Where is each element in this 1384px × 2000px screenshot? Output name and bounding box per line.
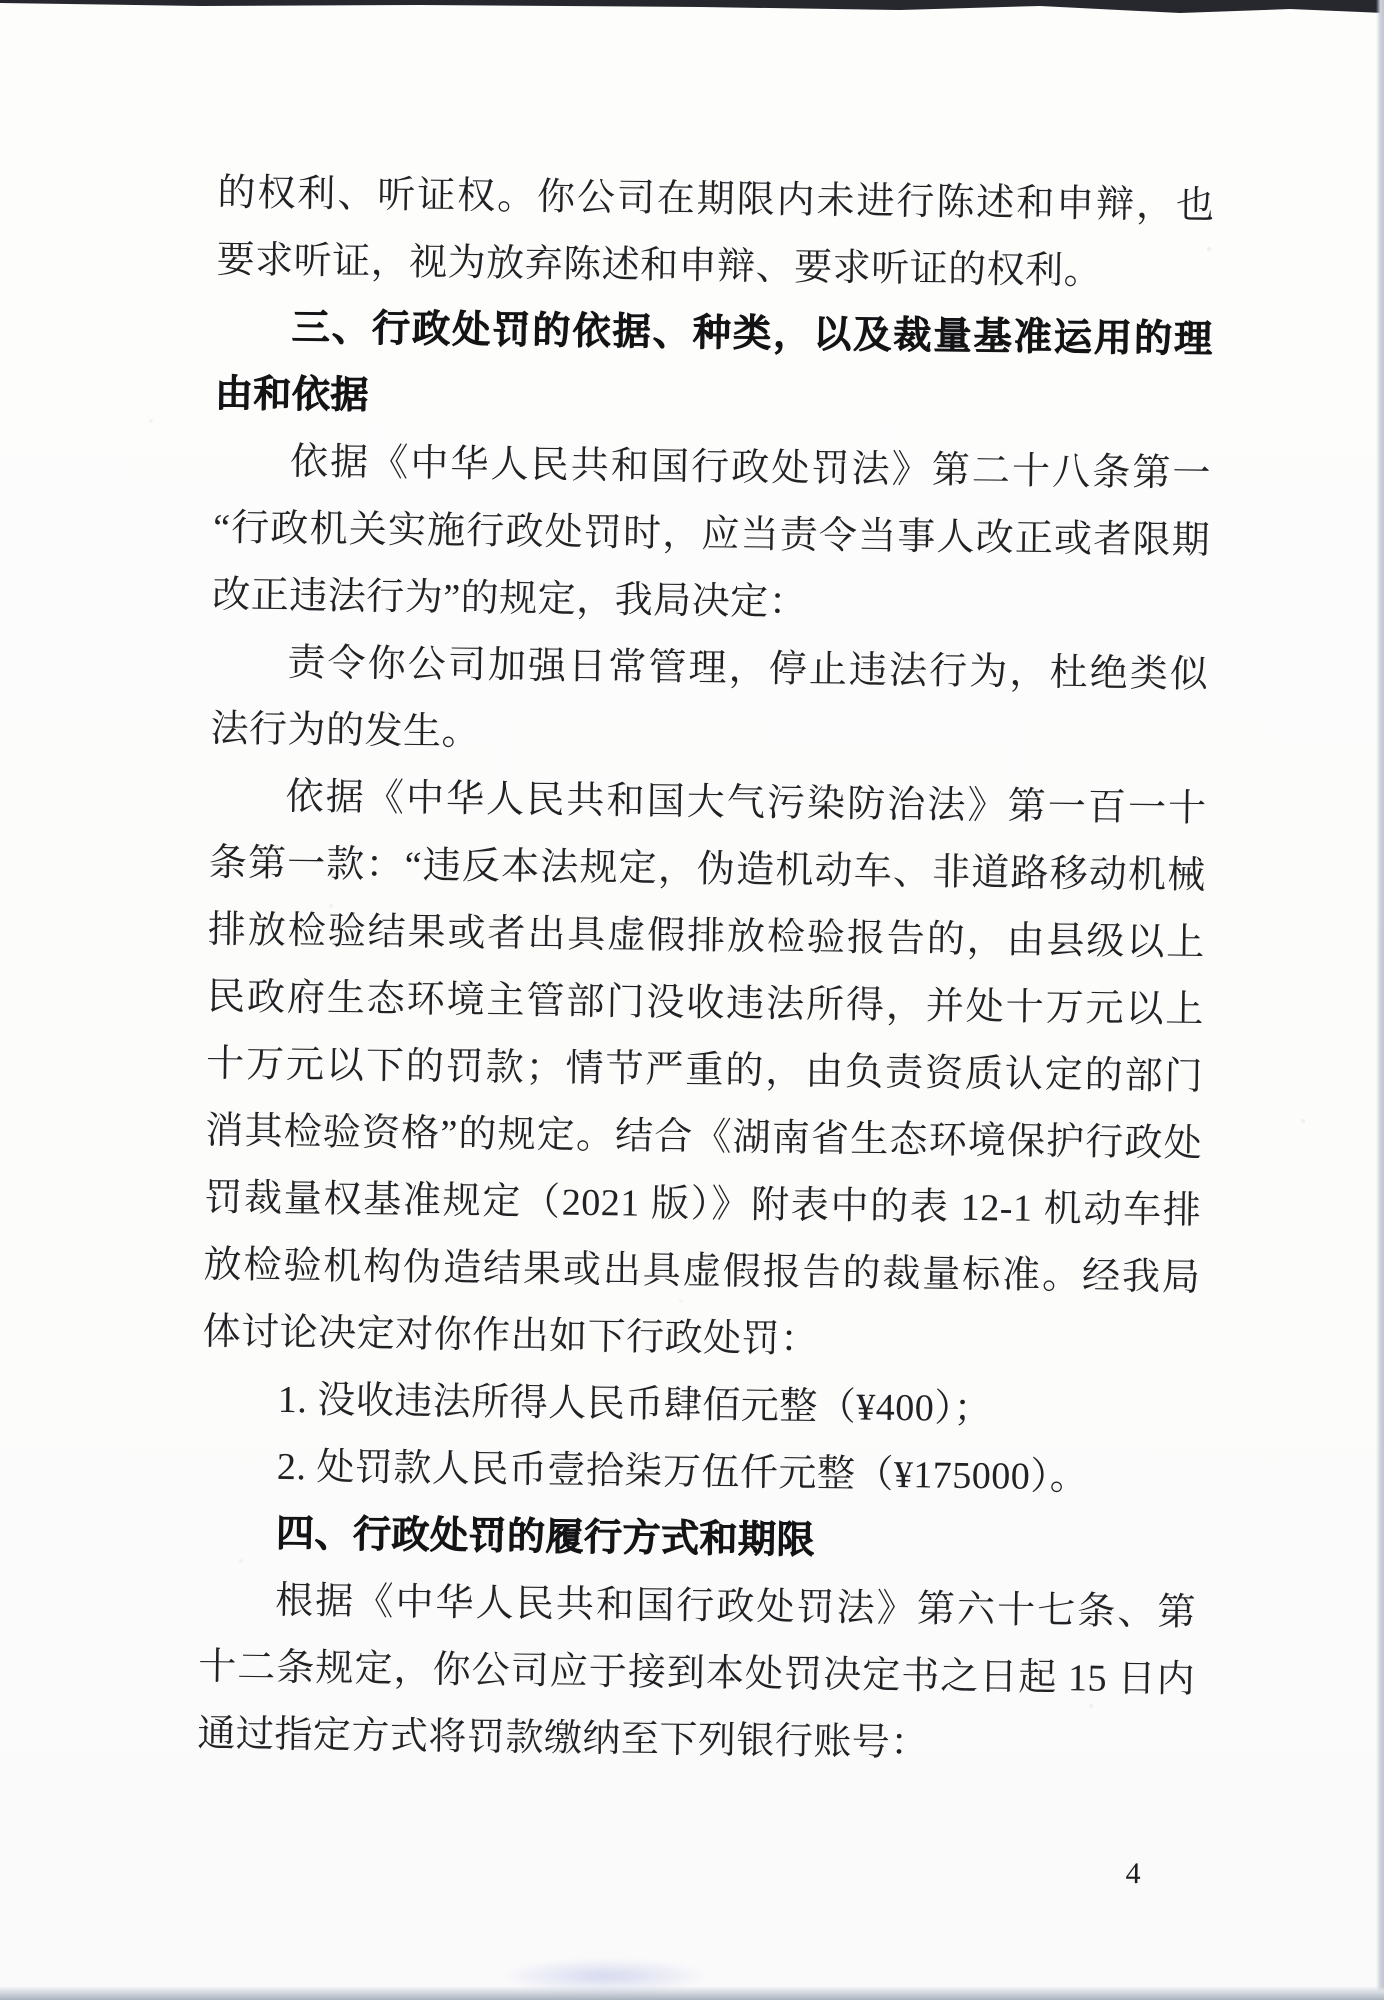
- page-number: 4: [195, 1842, 1192, 1895]
- scan-noise: [0, 0, 2, 2]
- scan-right-edge: [1376, 0, 1384, 2000]
- scan-top-edge: [0, 0, 1384, 18]
- document-page: 的权利、听证权。你公司在期限内未进行陈述和申辩，也未 要求听证，视为放弃陈述和申…: [0, 0, 1384, 2000]
- text-line: 通过指定方式将罚款缴纳至下列银行账号：: [197, 1701, 1195, 1781]
- scan-smudge: [500, 1958, 710, 1994]
- document-text: 的权利、听证权。你公司在期限内未进行陈述和申辩，也未 要求听证，视为放弃陈述和申…: [195, 160, 1214, 1895]
